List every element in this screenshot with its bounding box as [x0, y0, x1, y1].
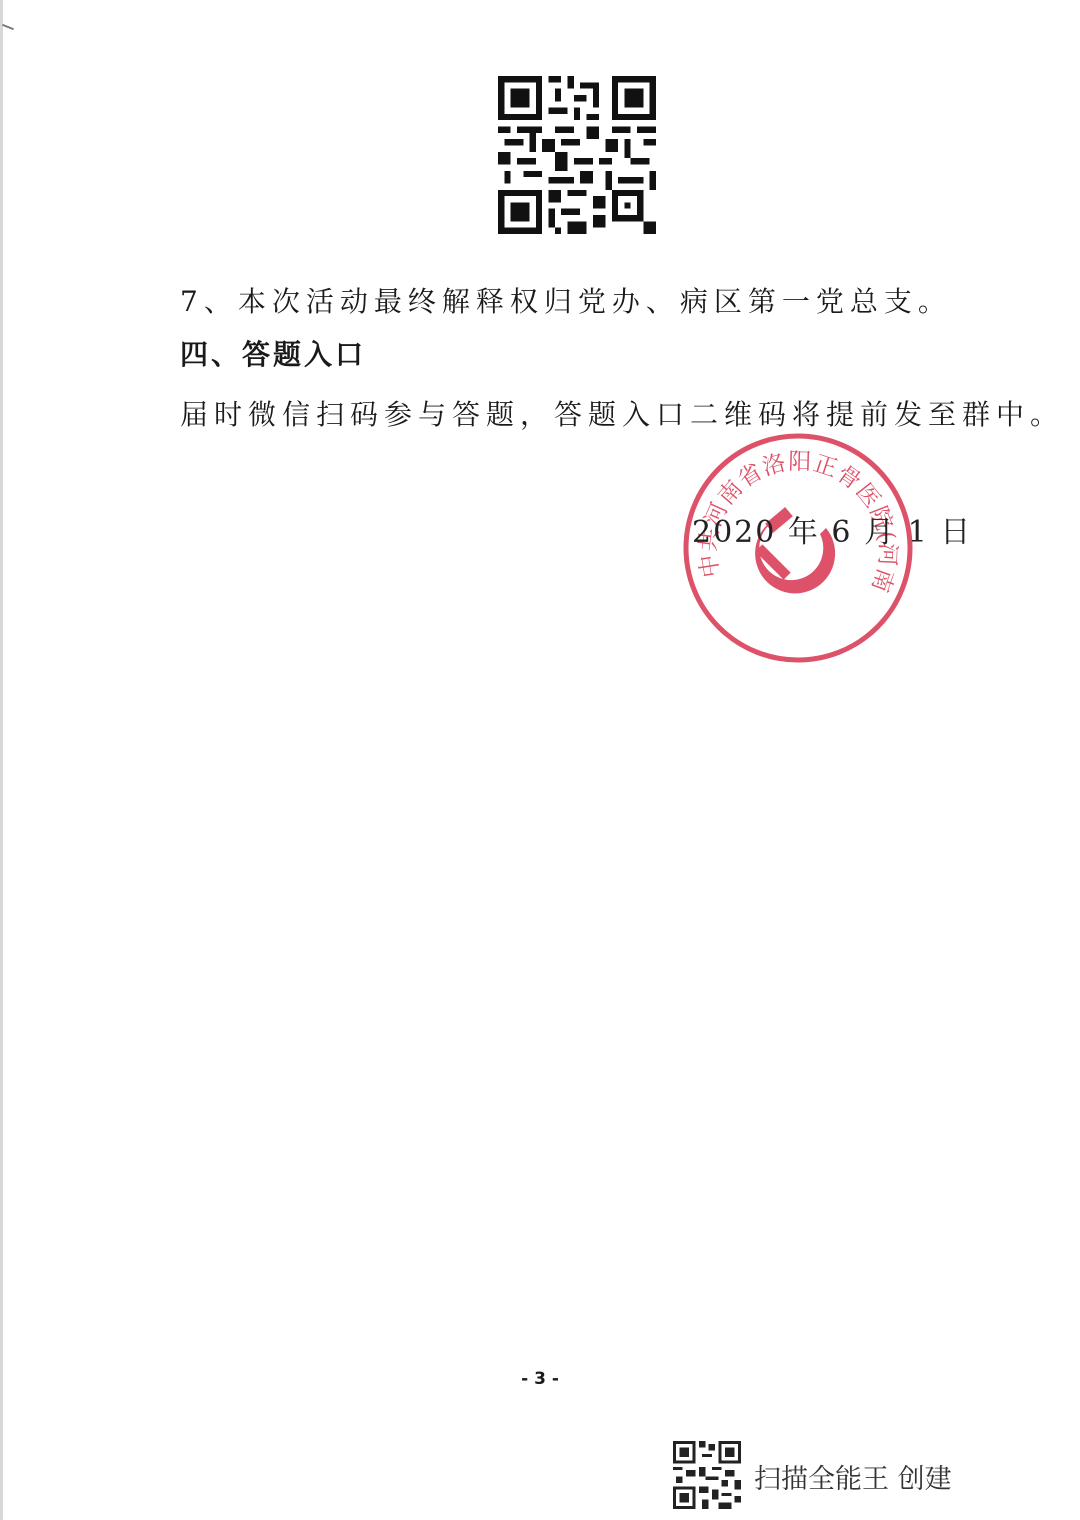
page-edge — [0, 0, 3, 1520]
page-number: - 3 - — [0, 1369, 1080, 1389]
scan-mark — [2, 24, 14, 30]
qr-code-icon — [672, 1441, 742, 1509]
section-body: 届时微信扫码参与答题，答题入口二维码将提前发至群中。 — [180, 393, 1064, 433]
watermark-text: 扫描全能王 创建 — [754, 1457, 952, 1496]
section-heading: 四、答题入口 — [180, 333, 366, 373]
qr-code-icon — [496, 76, 658, 234]
signature-date: 2020 年 6 月 1 日 — [692, 507, 972, 551]
list-item: 7、本次活动最终解释权归党办、病区第一党总支。 — [180, 280, 952, 320]
